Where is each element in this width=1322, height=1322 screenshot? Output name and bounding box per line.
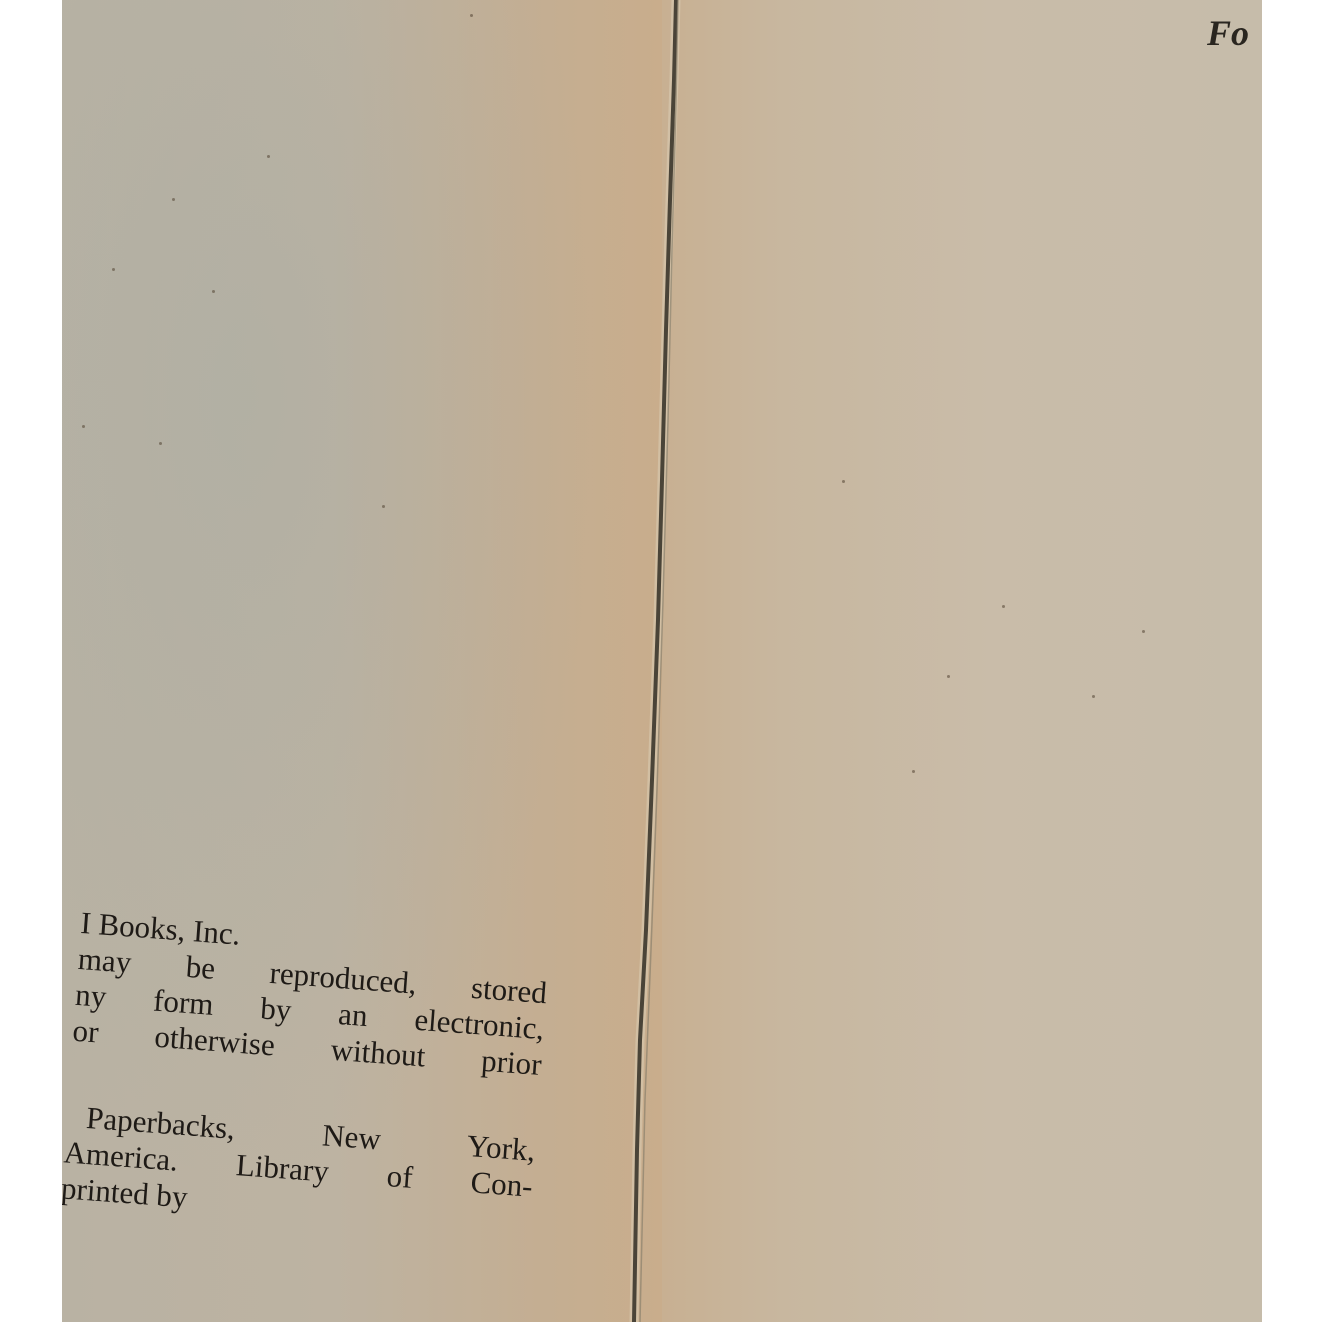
copyright-notice: I Books, Inc. may be reproduced, stored …: [62, 905, 551, 1241]
left-page: I Books, Inc. may be reproduced, stored …: [62, 0, 662, 1322]
right-page: [662, 0, 1262, 1322]
paper-speck: [842, 480, 845, 483]
paper-speck: [172, 198, 175, 201]
paper-speck: [1142, 630, 1145, 633]
running-head: Fo: [1207, 12, 1249, 54]
paper-speck: [159, 442, 162, 445]
paper-speck: [912, 770, 915, 773]
paper-speck: [382, 505, 385, 508]
book-photo: I Books, Inc. may be reproduced, stored …: [62, 0, 1262, 1322]
paper-speck: [267, 155, 270, 158]
paper-speck: [82, 425, 85, 428]
show-through-text: [62, 127, 141, 303]
paper-speck: [212, 290, 215, 293]
paper-speck: [1002, 605, 1005, 608]
paper-speck: [470, 14, 473, 17]
paper-speck: [1092, 695, 1095, 698]
paper-speck: [112, 268, 115, 271]
paper-speck: [947, 675, 950, 678]
